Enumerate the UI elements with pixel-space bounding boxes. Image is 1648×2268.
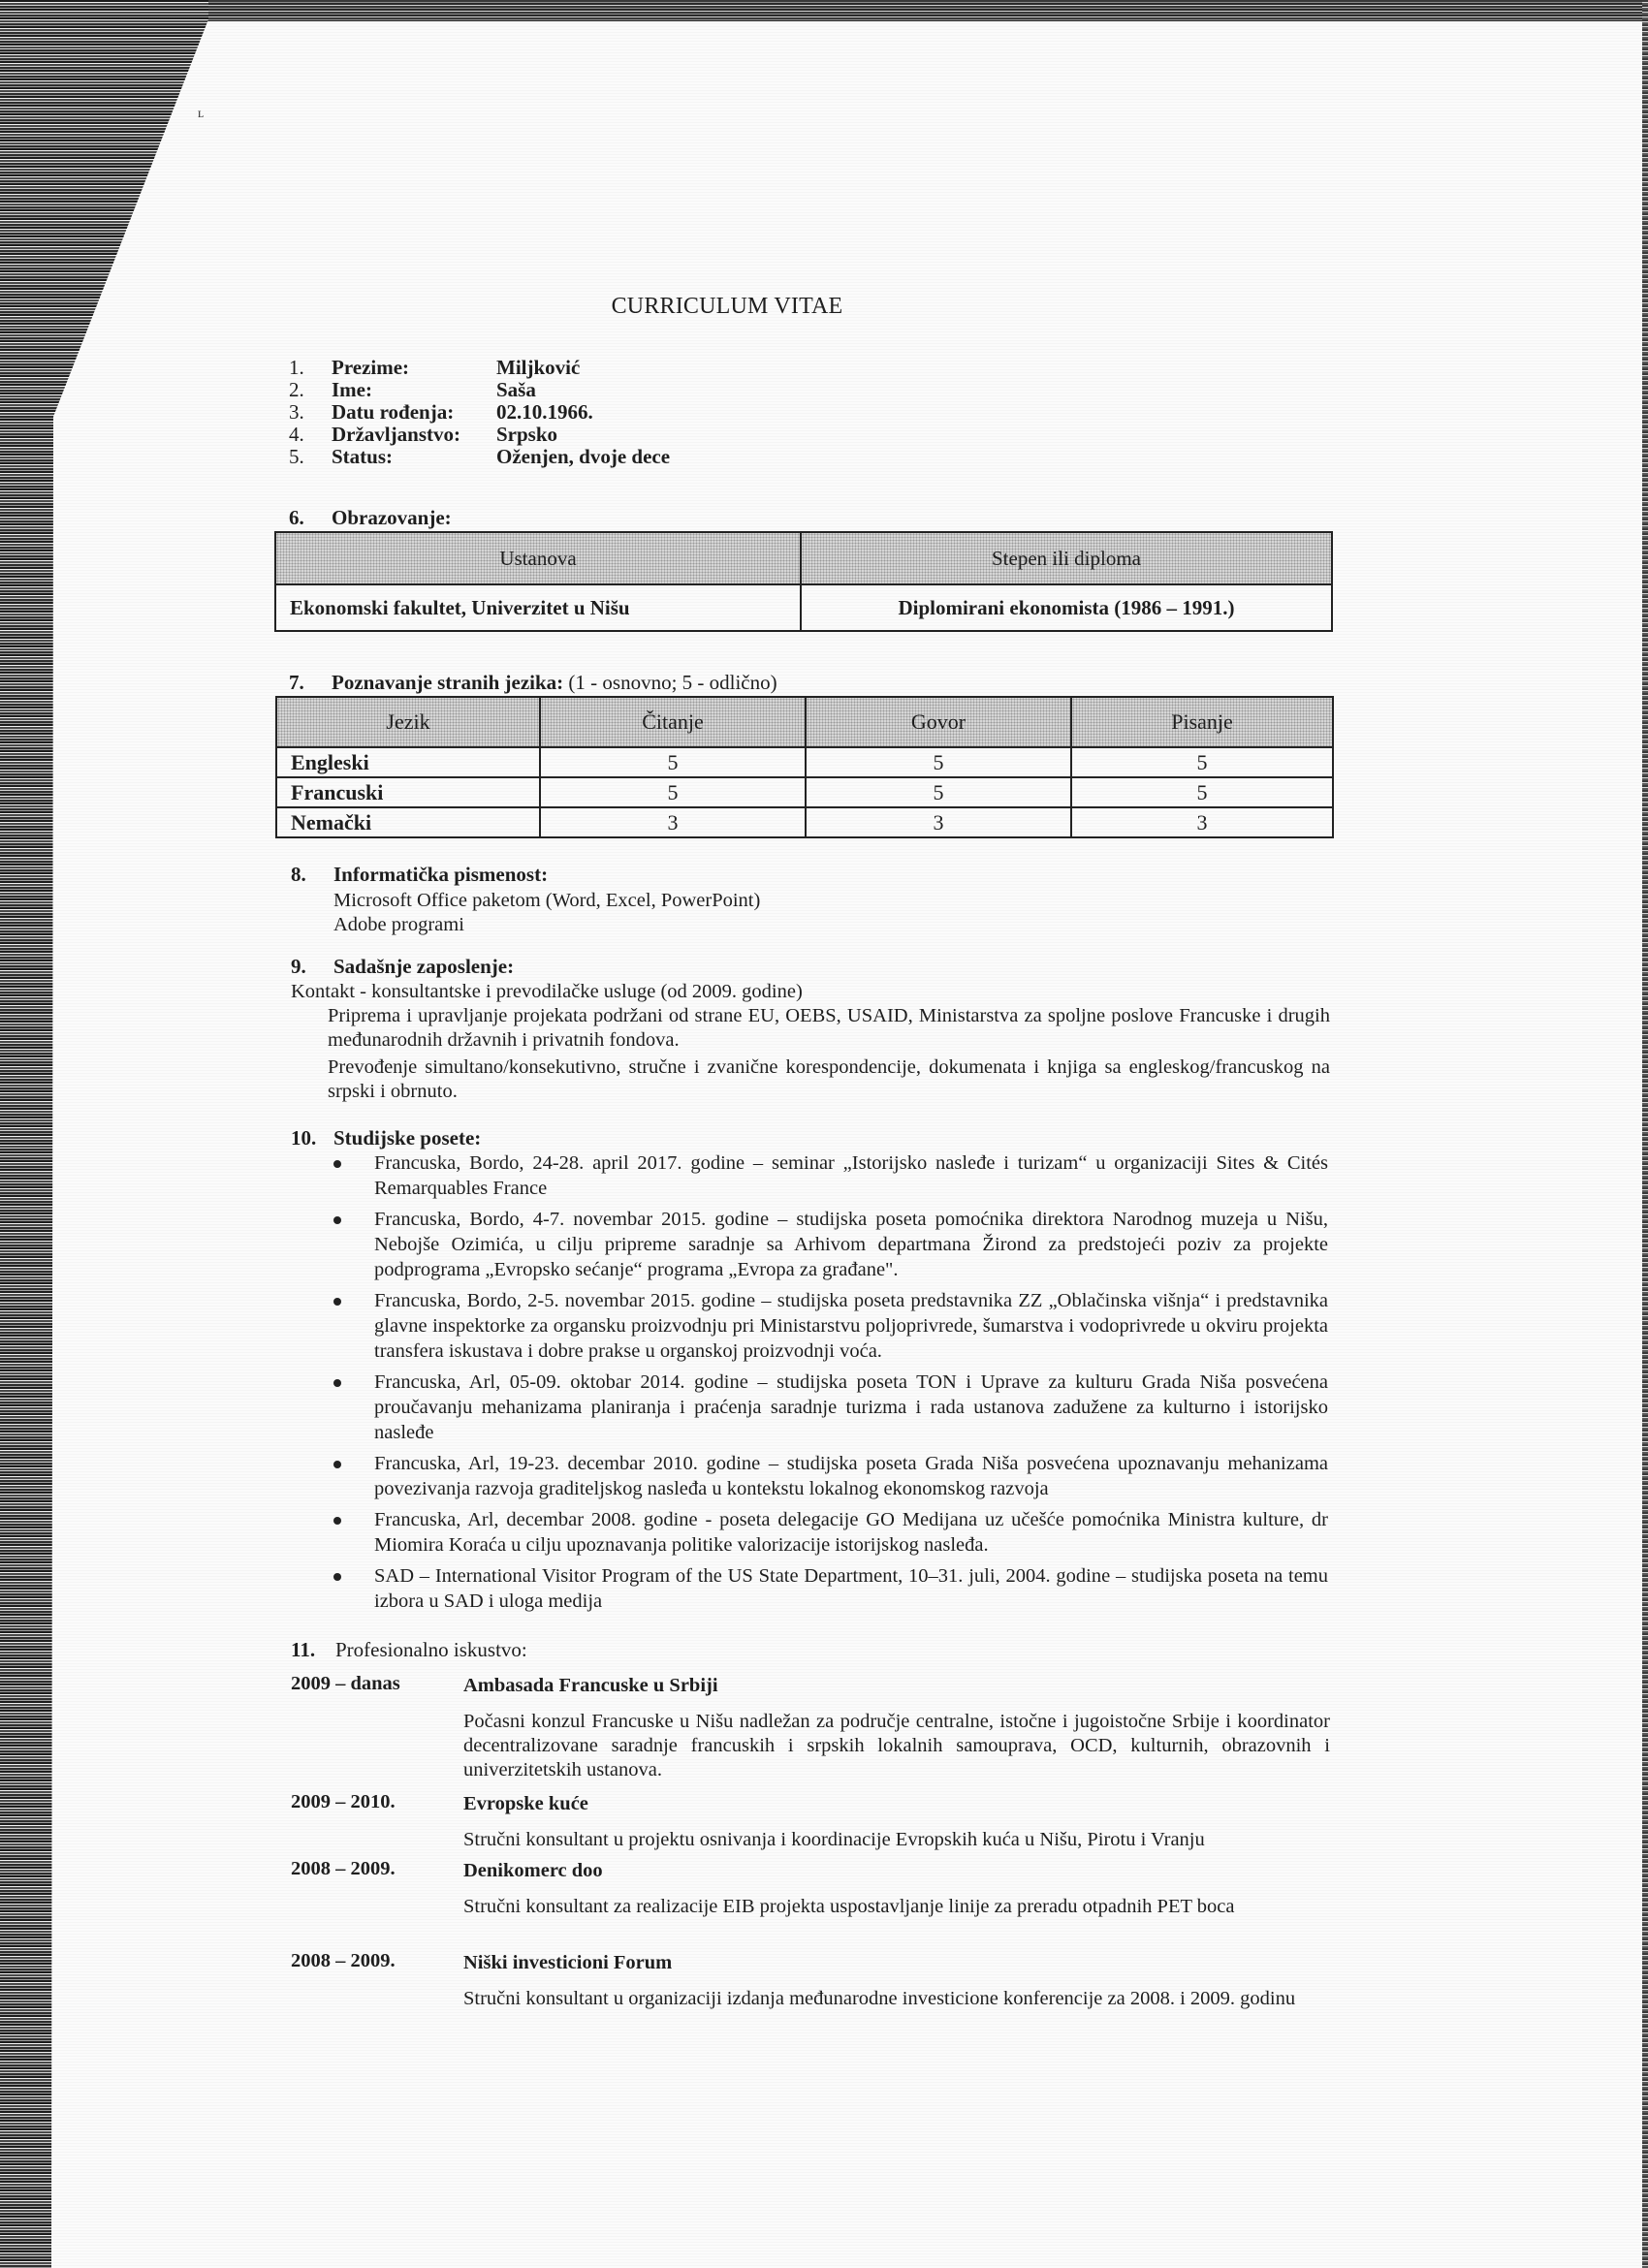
field-value: Saša xyxy=(496,378,536,401)
experience-entry: 2009 – 2010. Evropske kuće Stručni konsu… xyxy=(291,1791,1330,1852)
entry-organization: Evropske kuće xyxy=(463,1791,1330,1816)
column-header-language: Jezik xyxy=(276,697,540,747)
entry-description: Stručni konsultant za realizacije EIB pr… xyxy=(463,1895,1330,1919)
field-label: Prezime: xyxy=(332,357,496,379)
table-row: Nemački 3 3 3 xyxy=(276,807,1333,837)
section-number: 6. xyxy=(289,506,332,530)
stray-mark: ʟ xyxy=(198,107,204,122)
entry-period: 2009 – danas xyxy=(291,1673,400,1695)
item-number: 3. xyxy=(289,401,332,424)
field-label: Ime: xyxy=(332,379,496,401)
section-title: Obrazovanje: xyxy=(332,506,452,529)
scanner-edge-left xyxy=(0,0,213,2268)
personal-info: 1.Prezime:Miljković 2.Ime:Saša 3.Datu ro… xyxy=(289,357,670,468)
visit-text: Francuska, Arl, 19-23. decembar 2010. go… xyxy=(374,1453,1328,1499)
paper-texture xyxy=(0,0,1648,2268)
scanner-edge-right xyxy=(1642,0,1648,2268)
item-number: 4. xyxy=(289,424,332,446)
table-row: Engleski 5 5 5 xyxy=(276,747,1333,777)
experience-entry: 2008 – 2009. Niški investicioni Forum St… xyxy=(291,1950,1330,2011)
bullet-icon xyxy=(333,1298,341,1306)
cell-language: Engleski xyxy=(276,747,540,777)
cell-reading: 3 xyxy=(540,807,806,837)
list-item: SAD – International Visitor Program of t… xyxy=(291,1563,1328,1614)
personal-row-citizenship: 4.Državljanstvo:Srpsko xyxy=(289,424,670,446)
section-number: 7. xyxy=(289,671,332,695)
visit-text: Francuska, Arl, 05-09. oktobar 2014. god… xyxy=(374,1371,1328,1443)
employment-paragraph: Priprema i upravljanje projekata podržan… xyxy=(291,1004,1330,1053)
list-item: Francuska, Arl, 05-09. oktobar 2014. god… xyxy=(291,1370,1328,1445)
bullet-icon xyxy=(333,1160,341,1168)
section-title: Poznavanje stranih jezika: xyxy=(332,671,563,694)
entry-period: 2008 – 2009. xyxy=(291,1858,396,1880)
section-title: Informatička pismenost: xyxy=(333,863,548,886)
cell-writing: 5 xyxy=(1071,747,1333,777)
section-number: 9. xyxy=(291,955,333,979)
scanner-edge-top xyxy=(0,0,1648,21)
section-computer-heading: 8.Informatička pismenost: xyxy=(291,863,548,887)
section-title: Sadašnje zaposlenje: xyxy=(333,955,514,978)
skill-line: Microsoft Office paketom (Word, Excel, P… xyxy=(333,889,760,913)
cell-institution: Ekonomski fakultet, Univerzitet u Nišu xyxy=(275,584,801,631)
cell-language: Nemački xyxy=(276,807,540,837)
entry-organization: Niški investicioni Forum xyxy=(463,1950,1330,1975)
field-label: Državljanstvo: xyxy=(332,424,496,446)
languages-table: Jezik Čitanje Govor Pisanje Engleski 5 5… xyxy=(275,696,1334,838)
cell-degree: Diplomirani ekonomista (1986 – 1991.) xyxy=(801,584,1332,631)
section-education-heading: 6.Obrazovanje: xyxy=(289,506,452,530)
table-header-row: Jezik Čitanje Govor Pisanje xyxy=(276,697,1333,747)
section-languages-heading: 7.Poznavanje stranih jezika: (1 - osnovn… xyxy=(289,671,777,695)
visit-text: SAD – International Visitor Program of t… xyxy=(374,1565,1328,1612)
study-visits-list: Francuska, Bordo, 24-28. april 2017. god… xyxy=(291,1150,1328,1620)
entry-description: Stručni konsultant u projektu osnivanja … xyxy=(463,1828,1330,1852)
list-item: Francuska, Bordo, 2-5. novembar 2015. go… xyxy=(291,1288,1328,1364)
column-header-speaking: Govor xyxy=(806,697,1071,747)
personal-row-surname: 1.Prezime:Miljković xyxy=(289,357,670,379)
bullet-icon xyxy=(333,1517,341,1525)
table-row: Ekonomski fakultet, Univerzitet u Nišu D… xyxy=(275,584,1332,631)
entry-organization: Ambasada Francuske u Srbiji xyxy=(463,1673,1330,1698)
title-text: CURRICULUM VITAE xyxy=(612,294,843,319)
cell-writing: 3 xyxy=(1071,807,1333,837)
item-number: 1. xyxy=(289,357,332,379)
entry-organization: Denikomerc doo xyxy=(463,1858,1330,1883)
cell-speaking: 5 xyxy=(806,777,1071,807)
list-item: Francuska, Arl, 19-23. decembar 2010. go… xyxy=(291,1451,1328,1501)
field-value: Srpsko xyxy=(496,423,557,446)
column-header-institution: Ustanova xyxy=(275,532,801,584)
field-label: Status: xyxy=(332,446,496,468)
cell-reading: 5 xyxy=(540,747,806,777)
cell-language: Francuski xyxy=(276,777,540,807)
list-item: Francuska, Bordo, 4-7. novembar 2015. go… xyxy=(291,1207,1328,1282)
employer-line: Kontakt - konsultantske i prevodilačke u… xyxy=(291,980,1330,1004)
entry-description: Počasni konzul Francuske u Nišu nadležan… xyxy=(463,1710,1330,1782)
list-item: Francuska, Bordo, 24-28. april 2017. god… xyxy=(291,1150,1328,1201)
visit-text: Francuska, Arl, decembar 2008. godine - … xyxy=(374,1509,1328,1556)
bullet-icon xyxy=(333,1216,341,1224)
scale-note: (1 - osnovno; 5 - odlično) xyxy=(568,671,776,694)
field-value: Oženjen, dvoje dece xyxy=(496,445,670,468)
employment-details: Kontakt - konsultantske i prevodilačke u… xyxy=(291,980,1330,1104)
section-title: Studijske posete: xyxy=(333,1126,481,1150)
entry-description: Stručni konsultant u organizaciji izdanj… xyxy=(463,1987,1330,2011)
personal-row-status: 5.Status:Oženjen, dvoje dece xyxy=(289,446,670,468)
column-header-degree: Stepen ili diploma xyxy=(801,532,1332,584)
field-label: Datu rođenja: xyxy=(332,401,496,424)
section-title: Profesionalno iskustvo: xyxy=(335,1638,527,1661)
entry-period: 2009 – 2010. xyxy=(291,1791,396,1813)
experience-entry: 2008 – 2009. Denikomerc doo Stručni kons… xyxy=(291,1858,1330,1919)
bullet-icon xyxy=(333,1461,341,1468)
section-number: 11. xyxy=(291,1638,335,1662)
cell-speaking: 5 xyxy=(806,747,1071,777)
visit-text: Francuska, Bordo, 4-7. novembar 2015. go… xyxy=(374,1209,1328,1280)
experience-entry: 2009 – danas Ambasada Francuske u Srbiji… xyxy=(291,1673,1330,1782)
section-employment-heading: 9.Sadašnje zaposlenje: xyxy=(291,955,514,979)
cell-writing: 5 xyxy=(1071,777,1333,807)
personal-row-birthdate: 3.Datu rođenja:02.10.1966. xyxy=(289,401,670,424)
table-row: Francuski 5 5 5 xyxy=(276,777,1333,807)
section-number: 10. xyxy=(291,1126,333,1150)
cell-reading: 5 xyxy=(540,777,806,807)
section-experience-heading: 11.Profesionalno iskustvo: xyxy=(291,1638,527,1662)
computer-skills-list: Microsoft Office paketom (Word, Excel, P… xyxy=(333,889,760,937)
bullet-icon xyxy=(333,1379,341,1387)
visit-text: Francuska, Bordo, 24-28. april 2017. god… xyxy=(374,1152,1328,1199)
field-value: Miljković xyxy=(496,356,580,379)
section-number: 8. xyxy=(291,863,333,887)
employment-paragraph: Prevođenje simultano/konsekutivno, struč… xyxy=(291,1055,1330,1104)
personal-row-name: 2.Ime:Saša xyxy=(289,379,670,401)
skill-line: Adobe programi xyxy=(333,913,760,937)
page-title: CURRICULUM VITAE xyxy=(0,294,1648,320)
column-header-writing: Pisanje xyxy=(1071,697,1333,747)
section-visits-heading: 10.Studijske posete: xyxy=(291,1126,481,1150)
column-header-reading: Čitanje xyxy=(540,697,806,747)
table-header-row: Ustanova Stepen ili diploma xyxy=(275,532,1332,584)
cell-speaking: 3 xyxy=(806,807,1071,837)
item-number: 5. xyxy=(289,446,332,468)
field-value: 02.10.1966. xyxy=(496,400,593,424)
visit-text: Francuska, Bordo, 2-5. novembar 2015. go… xyxy=(374,1290,1328,1362)
item-number: 2. xyxy=(289,379,332,401)
bullet-icon xyxy=(333,1573,341,1581)
entry-period: 2008 – 2009. xyxy=(291,1950,396,1972)
list-item: Francuska, Arl, decembar 2008. godine - … xyxy=(291,1507,1328,1558)
education-table: Ustanova Stepen ili diploma Ekonomski fa… xyxy=(274,531,1333,632)
